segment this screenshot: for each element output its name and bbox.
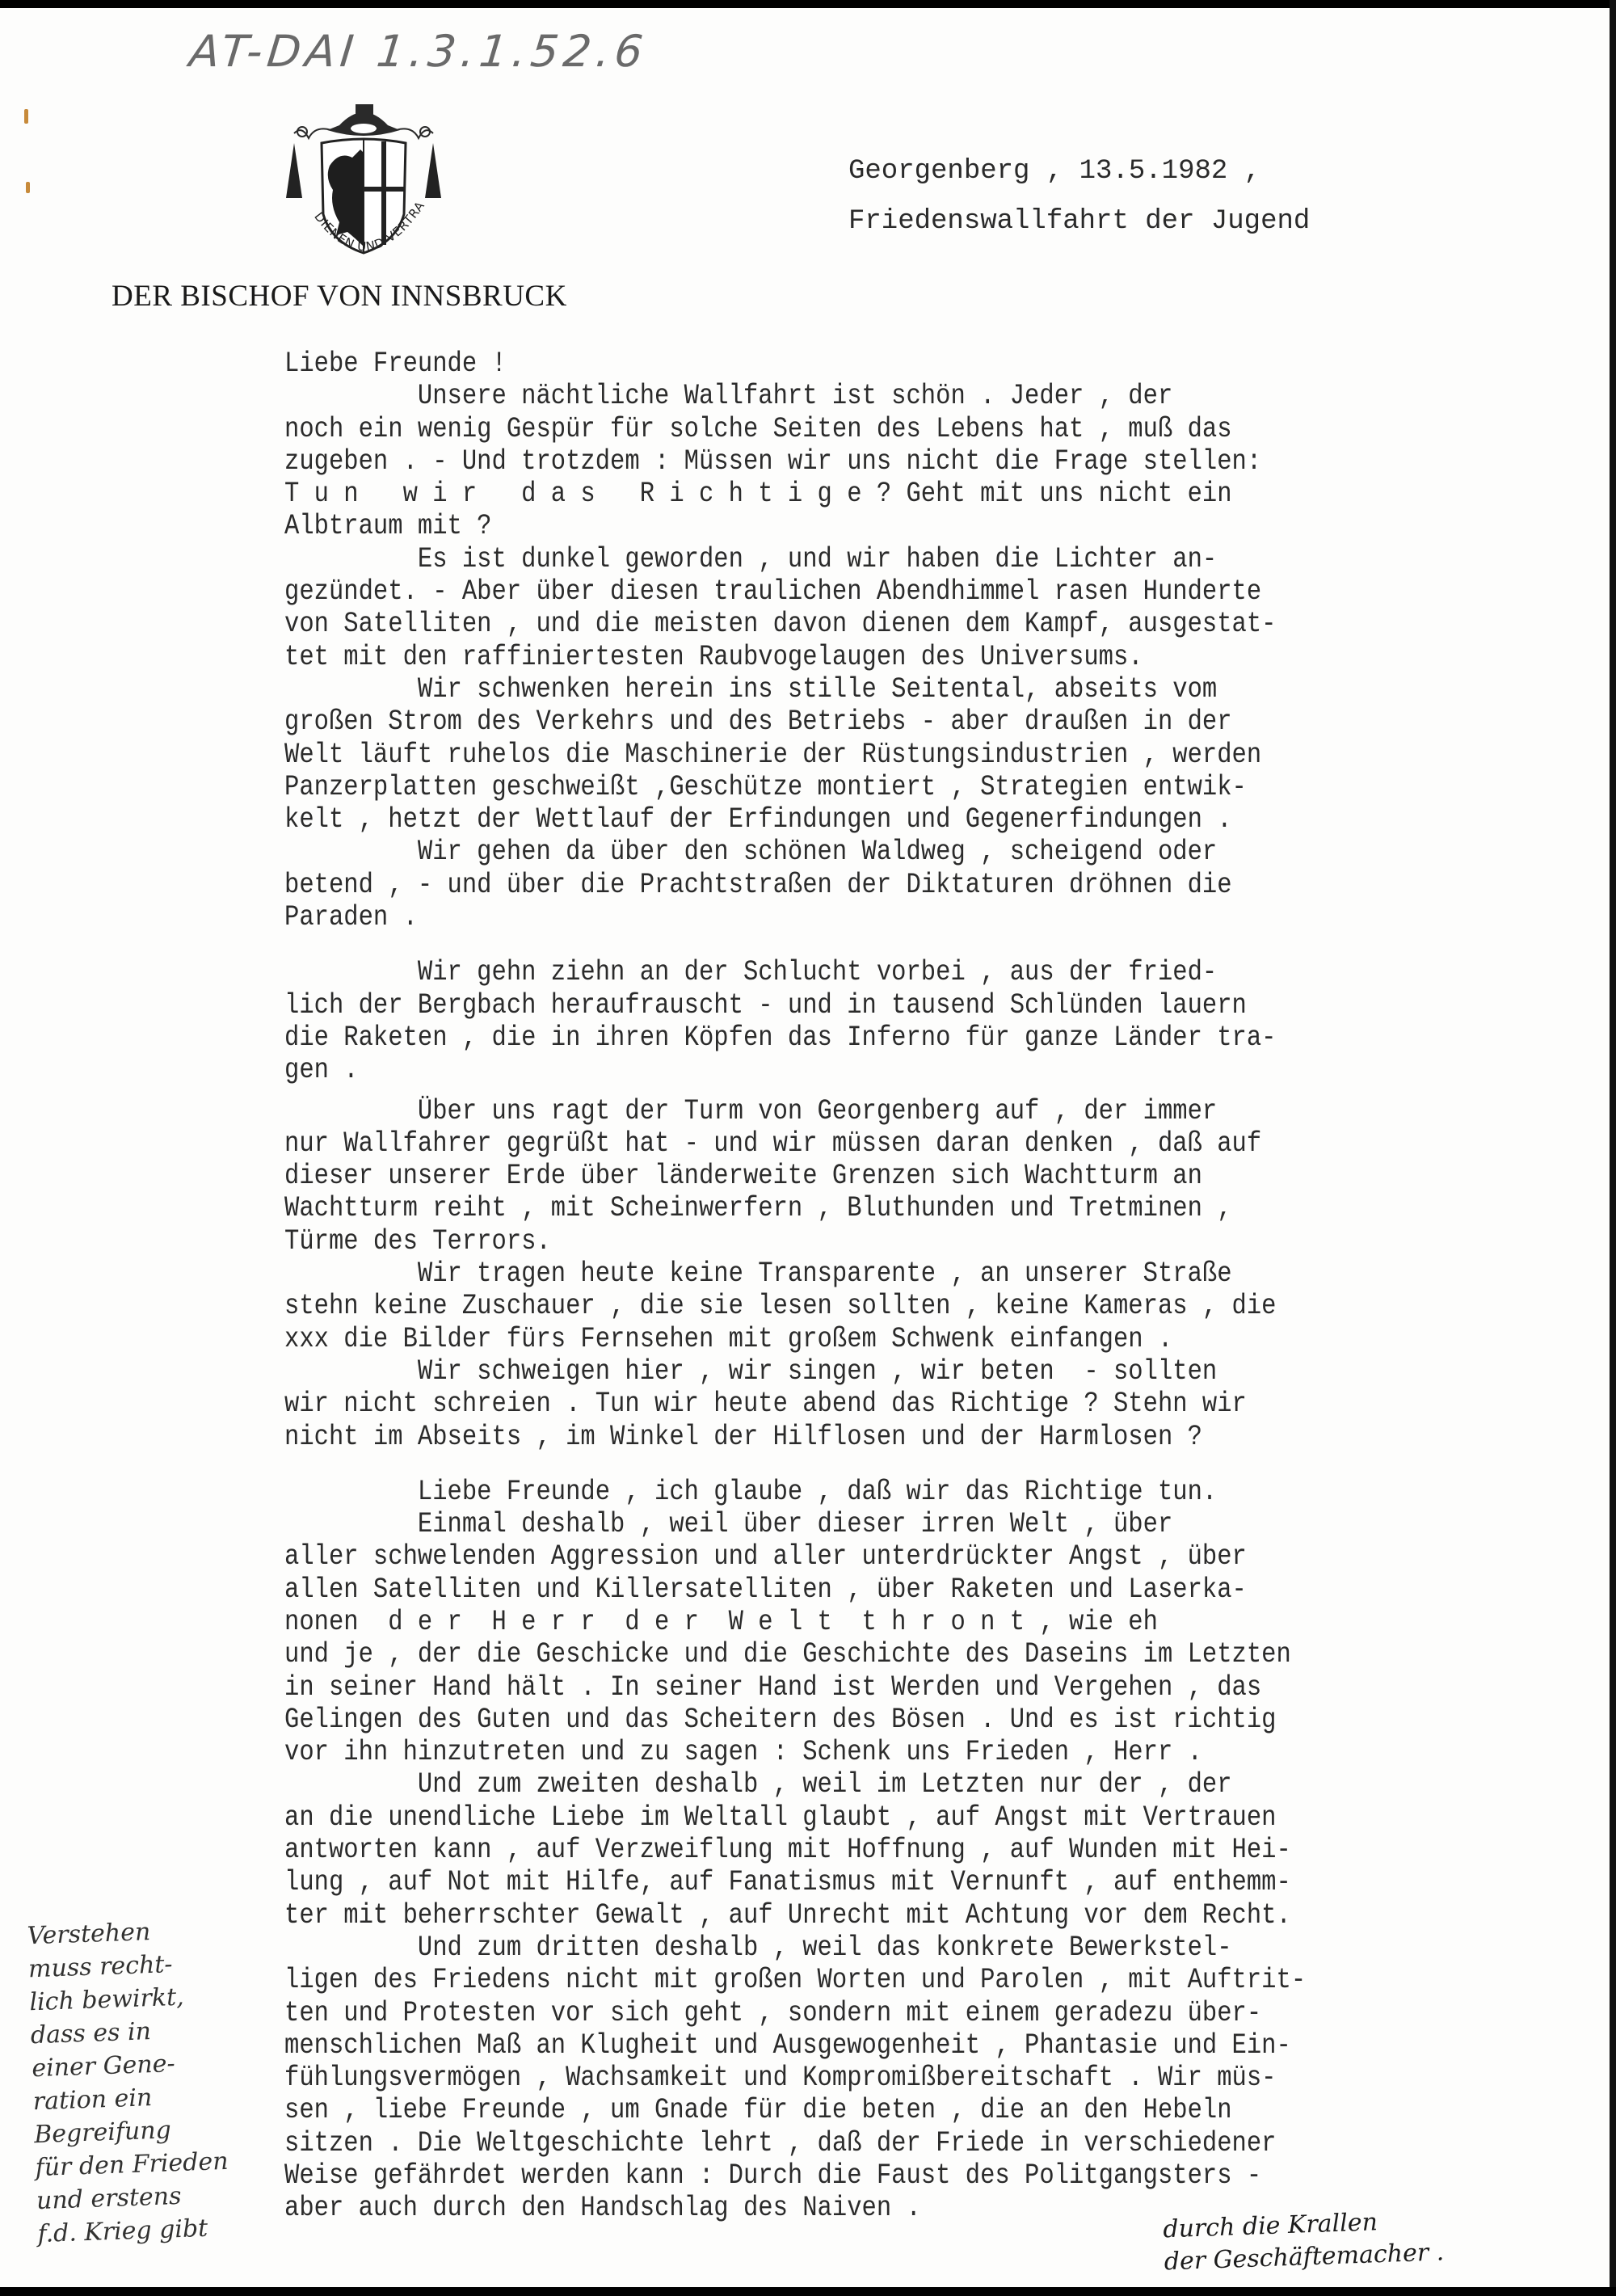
handwritten-margin-note: Verstehen muss recht- lich bewirkt, dass… <box>27 1911 280 2251</box>
body-line: nicht im Abseits , im Winkel der Hilflos… <box>284 1421 1424 1453</box>
body-line: an die unendliche Liebe im Weltall glaub… <box>284 1801 1424 1834</box>
body-line: ter mit beherrschter Gewalt , auf Unrech… <box>284 1899 1424 1932</box>
body-line: sen , liebe Freunde , um Gnade für die b… <box>284 2094 1424 2126</box>
stain-mark <box>26 182 30 193</box>
episcopal-coat-of-arms-icon: DIENEN UND VERTRAUEN <box>283 93 444 263</box>
body-line: Liebe Freunde ! <box>284 348 1424 380</box>
body-line: stehn keine Zuschauer , die sie lesen so… <box>284 1290 1424 1322</box>
body-line: nonen d e r H e r r d e r W e l t t h r … <box>284 1606 1424 1638</box>
body-line: antworten kann , auf Verzweiflung mit Ho… <box>284 1834 1424 1866</box>
scan-right-edge <box>1610 0 1616 2296</box>
body-line: Wir tragen heute keine Transparente , an… <box>284 1258 1424 1290</box>
body-line: ten und Protesten vor sich geht , sonder… <box>284 1997 1424 2029</box>
scan-top-edge <box>0 0 1616 8</box>
body-line: Und zum dritten deshalb , weil das konkr… <box>284 1932 1424 1964</box>
body-line: menschlichen Maß an Klugheit und Ausgewo… <box>284 2029 1424 2062</box>
body-line: ligen des Friedens nicht mit großen Wort… <box>284 1964 1424 1996</box>
archive-reference: AT-DAI 1.3.1.52.6 <box>187 26 650 77</box>
letter-body: Liebe Freunde ! Unsere nächtliche Wallfa… <box>284 348 1424 2225</box>
body-line: Albtraum mit ? <box>284 510 1424 542</box>
body-line: Weise gefährdet werden kann : Durch die … <box>284 2159 1424 2192</box>
stain-mark <box>24 109 28 124</box>
body-line: Wir gehen da über den schönen Waldweg , … <box>284 836 1424 868</box>
body-line: betend , - und über die Prachtstraßen de… <box>284 869 1424 901</box>
body-line: dieser unserer Erde über länderweite Gre… <box>284 1160 1424 1192</box>
body-line: nur Wallfahrer gegrüßt hat - und wir müs… <box>284 1127 1424 1160</box>
body-line: Über uns ragt der Turm von Georgenberg a… <box>284 1095 1424 1127</box>
body-line: Es ist dunkel geworden , und wir haben d… <box>284 543 1424 575</box>
body-line: Wir gehn ziehn an der Schlucht vorbei , … <box>284 956 1424 988</box>
body-line: Wir schwenken herein ins stille Seitenta… <box>284 673 1424 706</box>
body-line: kelt , hetzt der Wettlauf der Erfindunge… <box>284 803 1424 836</box>
body-line: Gelingen des Guten und das Scheitern des… <box>284 1704 1424 1736</box>
body-line: in seiner Hand hält . In seiner Hand ist… <box>284 1671 1424 1704</box>
scan-bottom-edge <box>0 2287 1616 2296</box>
body-line: Einmal deshalb , weil über dieser irren … <box>284 1508 1424 1540</box>
body-line: Paraden . <box>284 901 1424 933</box>
letter-page: AT-DAI 1.3.1.52.6 DIEN <box>0 8 1610 2287</box>
body-line: vor ihn hinzutreten und zu sagen : Schen… <box>284 1736 1424 1768</box>
body-line: tet mit den raffiniertesten Raubvogelaug… <box>284 641 1424 673</box>
body-line: gezündet. - Aber über diesen traulichen … <box>284 575 1424 608</box>
body-line: großen Strom des Verkehrs und des Betrie… <box>284 706 1424 738</box>
body-line: und je , der die Geschicke und die Gesch… <box>284 1638 1424 1670</box>
body-line: Unsere nächtliche Wallfahrt ist schön . … <box>284 380 1424 412</box>
body-line: sitzen . Die Weltgeschichte lehrt , daß … <box>284 2127 1424 2159</box>
body-line: xxx die Bilder fürs Fernsehen mit großem… <box>284 1323 1424 1355</box>
body-line: Und zum zweiten deshalb , weil im Letzte… <box>284 1768 1424 1801</box>
body-line: Wir schweigen hier , wir singen , wir be… <box>284 1355 1424 1388</box>
body-line: Wachtturm reiht , mit Scheinwerfern , Bl… <box>284 1192 1424 1224</box>
body-line: zugeben . - Und trotzdem : Müssen wir un… <box>284 445 1424 478</box>
body-line: aller schwelenden Aggression und aller u… <box>284 1540 1424 1573</box>
body-line: wir nicht schreien . Tun wir heute abend… <box>284 1388 1424 1420</box>
paragraph-gap <box>284 933 1424 956</box>
letterhead-title: DER BISCHOF VON INNSBRUCK <box>112 279 567 314</box>
body-line: die Raketen , die in ihren Köpfen das In… <box>284 1022 1424 1054</box>
letter-subject: Friedenswallfahrt der Jugend <box>848 206 1310 237</box>
body-line: fühlungsvermögen , Wachsamkeit und Kompr… <box>284 2062 1424 2094</box>
body-line: von Satelliten , und die meisten davon d… <box>284 608 1424 640</box>
body-line: Liebe Freunde , ich glaube , daß wir das… <box>284 1476 1424 1508</box>
paragraph-gap <box>284 1453 1424 1476</box>
body-line: Türme des Terrors. <box>284 1225 1424 1258</box>
body-line: lich der Bergbach heraufrauscht - und in… <box>284 989 1424 1022</box>
body-line: noch ein wenig Gespür für solche Seiten … <box>284 413 1424 445</box>
body-line: Panzerplatten geschweißt ,Geschütze mont… <box>284 771 1424 803</box>
body-line: Welt läuft ruhelos die Maschinerie der R… <box>284 739 1424 771</box>
body-line: lung , auf Not mit Hilfe, auf Fanatismus… <box>284 1866 1424 1898</box>
place-date: Georgenberg , 13.5.1982 , <box>848 156 1260 187</box>
body-line: gen . <box>284 1054 1424 1086</box>
body-line: T u n w i r d a s R i c h t i g e ? Geht… <box>284 478 1424 510</box>
body-line: allen Satelliten und Killersatelliten , … <box>284 1573 1424 1606</box>
